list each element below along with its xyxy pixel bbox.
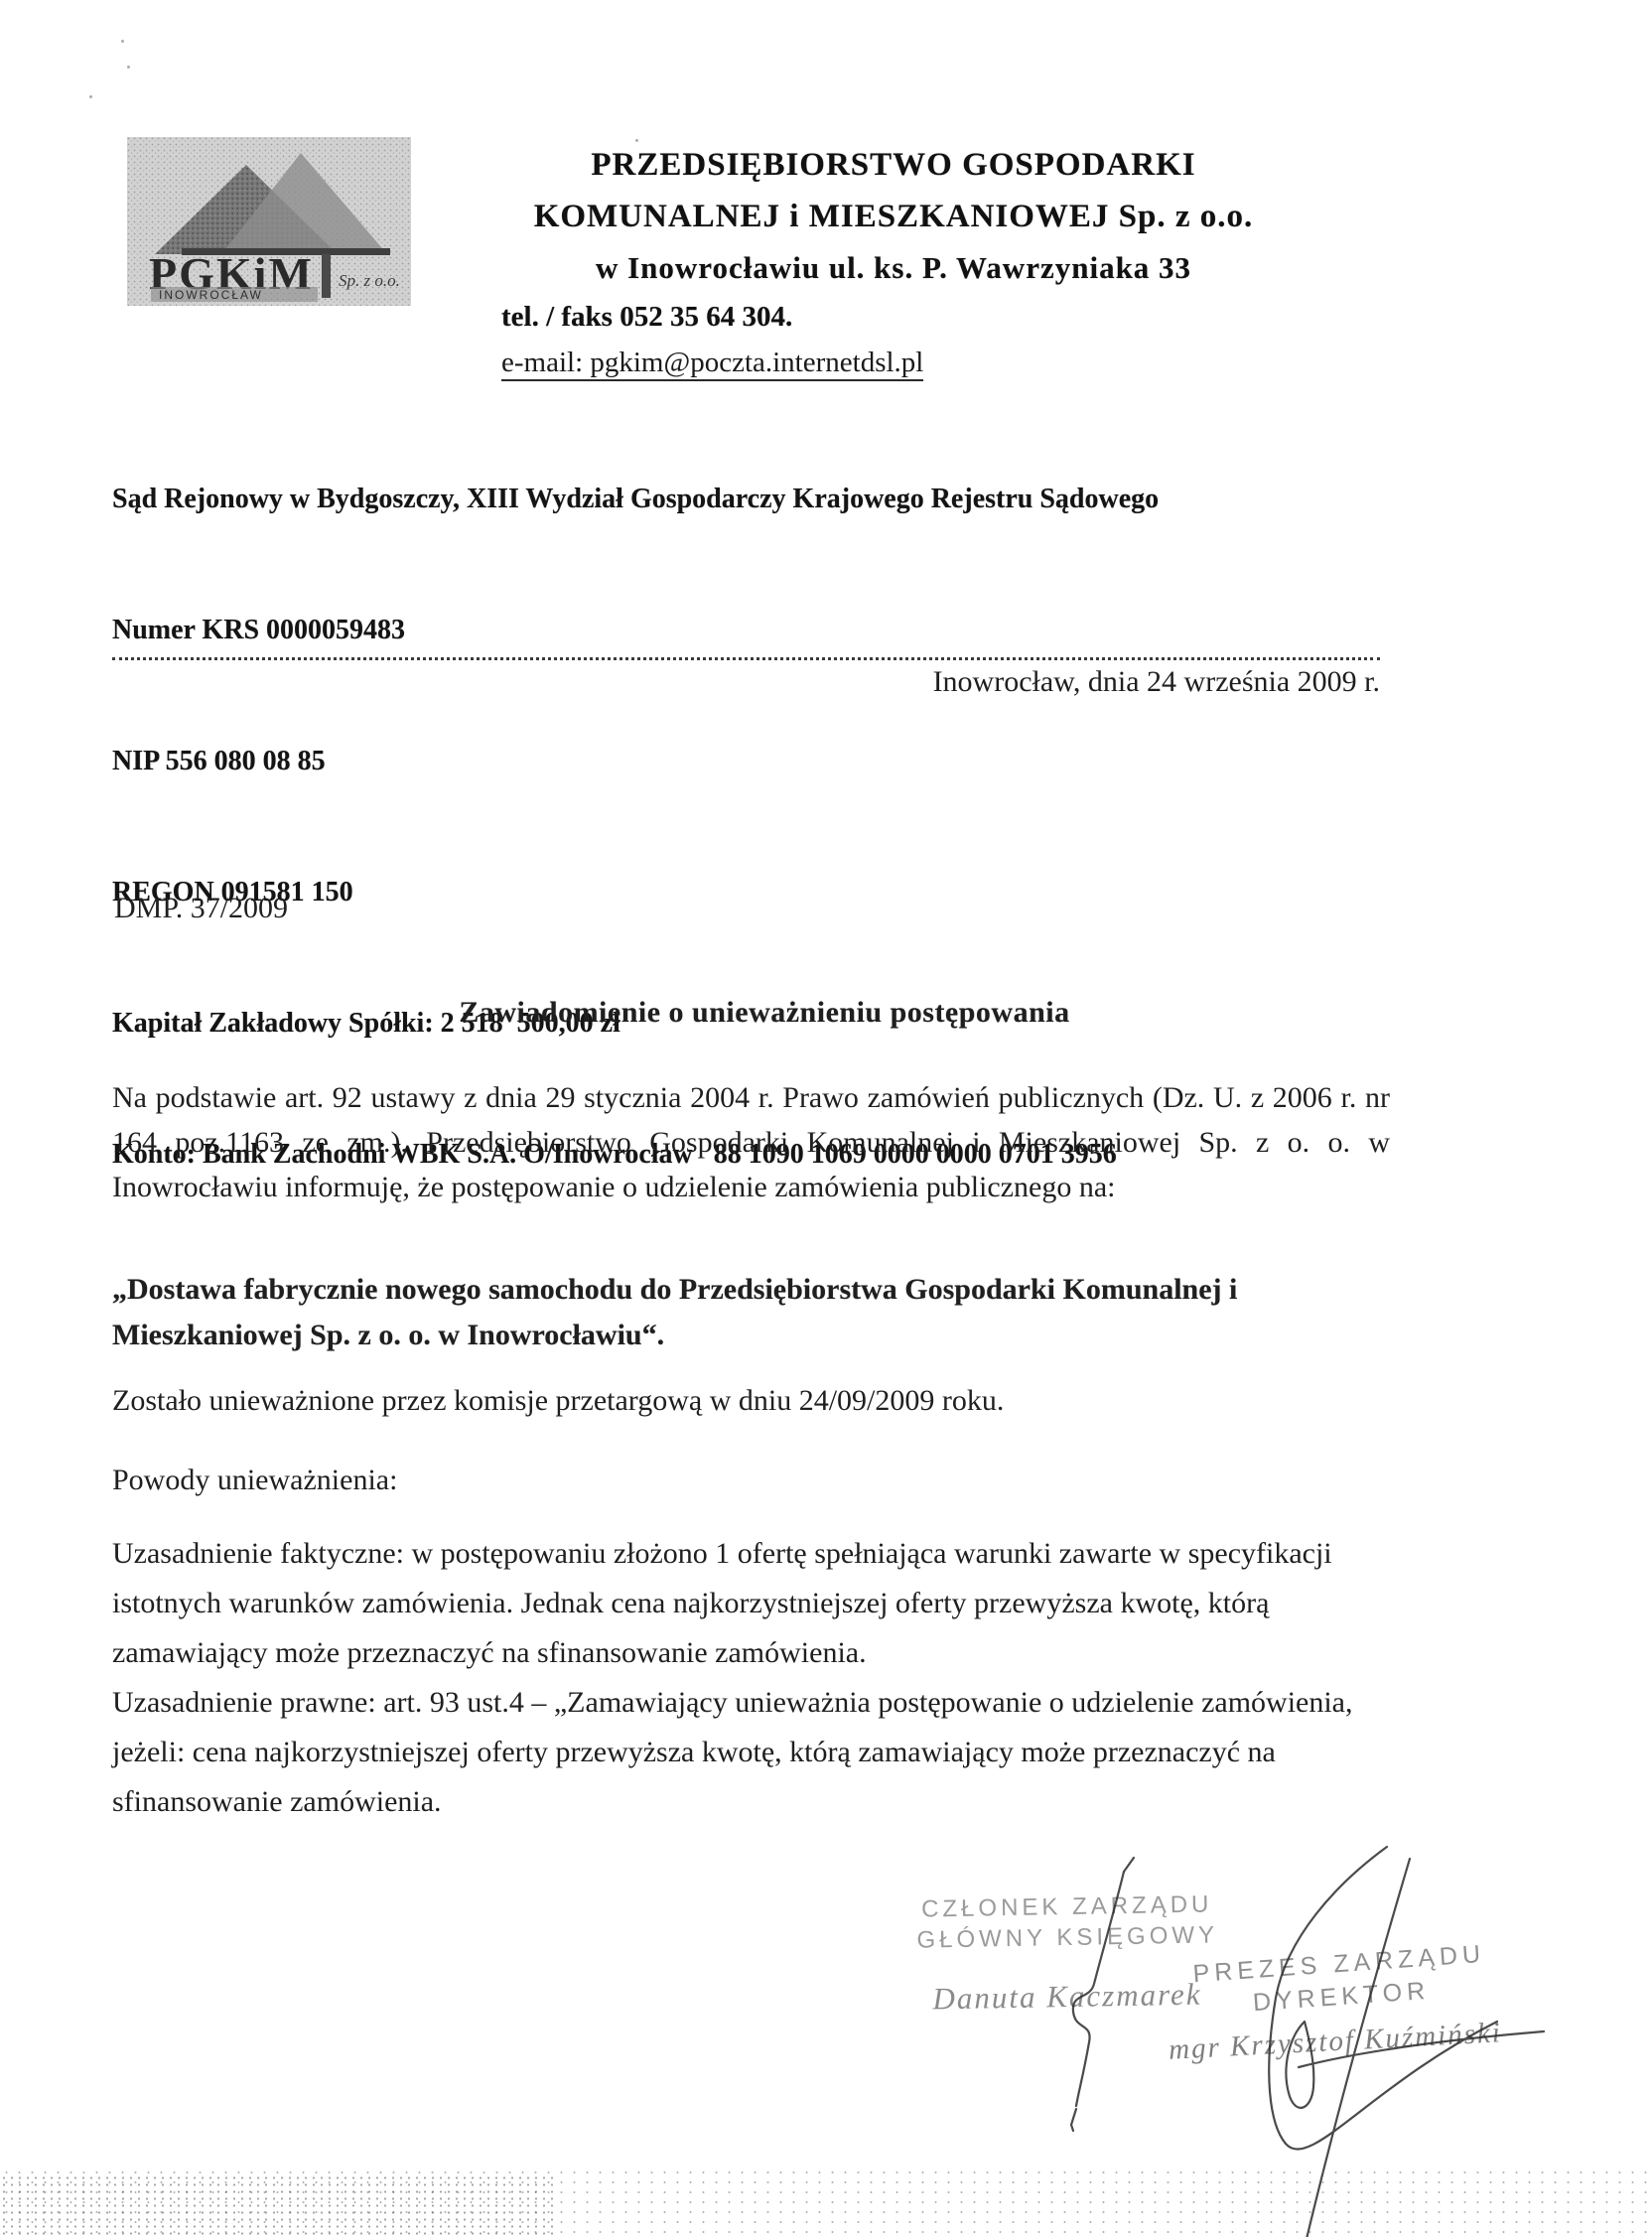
registry-court: Sąd Rejonowy w Bydgoszczy, XIII Wydział … bbox=[112, 478, 1403, 521]
stamp-board-member: CZŁONEK ZARZĄDU GŁÓWNY KSIĘGOWY bbox=[888, 1888, 1246, 1956]
company-address: w Inowrocławiu ul. ks. P. Wawrzyniaka 33 bbox=[437, 250, 1350, 286]
scan-speck bbox=[635, 139, 638, 142]
logo-city: INOWROCŁAW bbox=[159, 288, 263, 302]
registry-nip: NIP 556 080 08 85 bbox=[112, 740, 1403, 783]
paragraph-factual-justification: Uzasadnienie faktyczne: w postępowaniu z… bbox=[112, 1529, 1373, 1678]
logo-suffix: Sp. z o.o. bbox=[339, 271, 400, 290]
dotted-separator bbox=[112, 643, 1380, 660]
paragraph-subject: „Dostawa fabrycznie nowego samochodu do … bbox=[112, 1267, 1390, 1358]
scan-speck bbox=[89, 95, 92, 98]
signature-stroke-left-flick bbox=[1124, 1858, 1134, 1872]
signature-stroke-left-tail bbox=[1071, 2109, 1076, 2131]
paragraph-legal-justification: Uzasadnienie prawne: art. 93 ust.4 – „Za… bbox=[112, 1678, 1373, 1827]
stamp-left-title2: GŁÓWNY KSIĘGOWY bbox=[889, 1919, 1246, 1956]
reasons-heading: Powody unieważnienia: bbox=[112, 1458, 1390, 1502]
company-name-line1: PRZEDSIĘBIORSTWO GOSPODARKI bbox=[437, 147, 1350, 184]
company-email-text: e-mail: pgkim@poczta.internetdsl.pl bbox=[501, 347, 923, 381]
scan-noise-band-left bbox=[0, 2174, 556, 2237]
paragraph-legal-basis: Na podstawie art. 92 ustawy z dnia 29 st… bbox=[112, 1075, 1390, 1209]
scanned-letter-page: PGKiM Sp. z o.o. INOWROCŁAW PRZEDSIĘBIOR… bbox=[0, 0, 1652, 2237]
company-email: e-mail: pgkim@poczta.internetdsl.pl bbox=[501, 347, 1355, 379]
paragraph-cancellation: Zostało unieważnione przez komisje przet… bbox=[112, 1378, 1390, 1423]
company-phone: tel. / faks 052 35 64 304. bbox=[501, 301, 1355, 334]
registry-regon: REGON 091581 150 bbox=[112, 871, 1403, 914]
company-name-line2: KOMUNALNEJ i MIESZKANIOWEJ Sp. z o.o. bbox=[437, 199, 1350, 235]
pgkim-logo-graphic: PGKiM Sp. z o.o. INOWROCŁAW bbox=[127, 137, 411, 306]
date-line: Inowrocław, dnia 24 września 2009 r. bbox=[112, 665, 1380, 699]
scan-speck bbox=[127, 66, 130, 69]
reference-number: DMP. 37/2009 bbox=[114, 892, 288, 925]
logo-divider-bar bbox=[322, 254, 331, 298]
scan-speck bbox=[121, 40, 124, 43]
company-logo: PGKiM Sp. z o.o. INOWROCŁAW bbox=[127, 137, 411, 306]
document-title: Zawiadomienie o unieważnieniu postępowan… bbox=[119, 996, 1410, 1030]
